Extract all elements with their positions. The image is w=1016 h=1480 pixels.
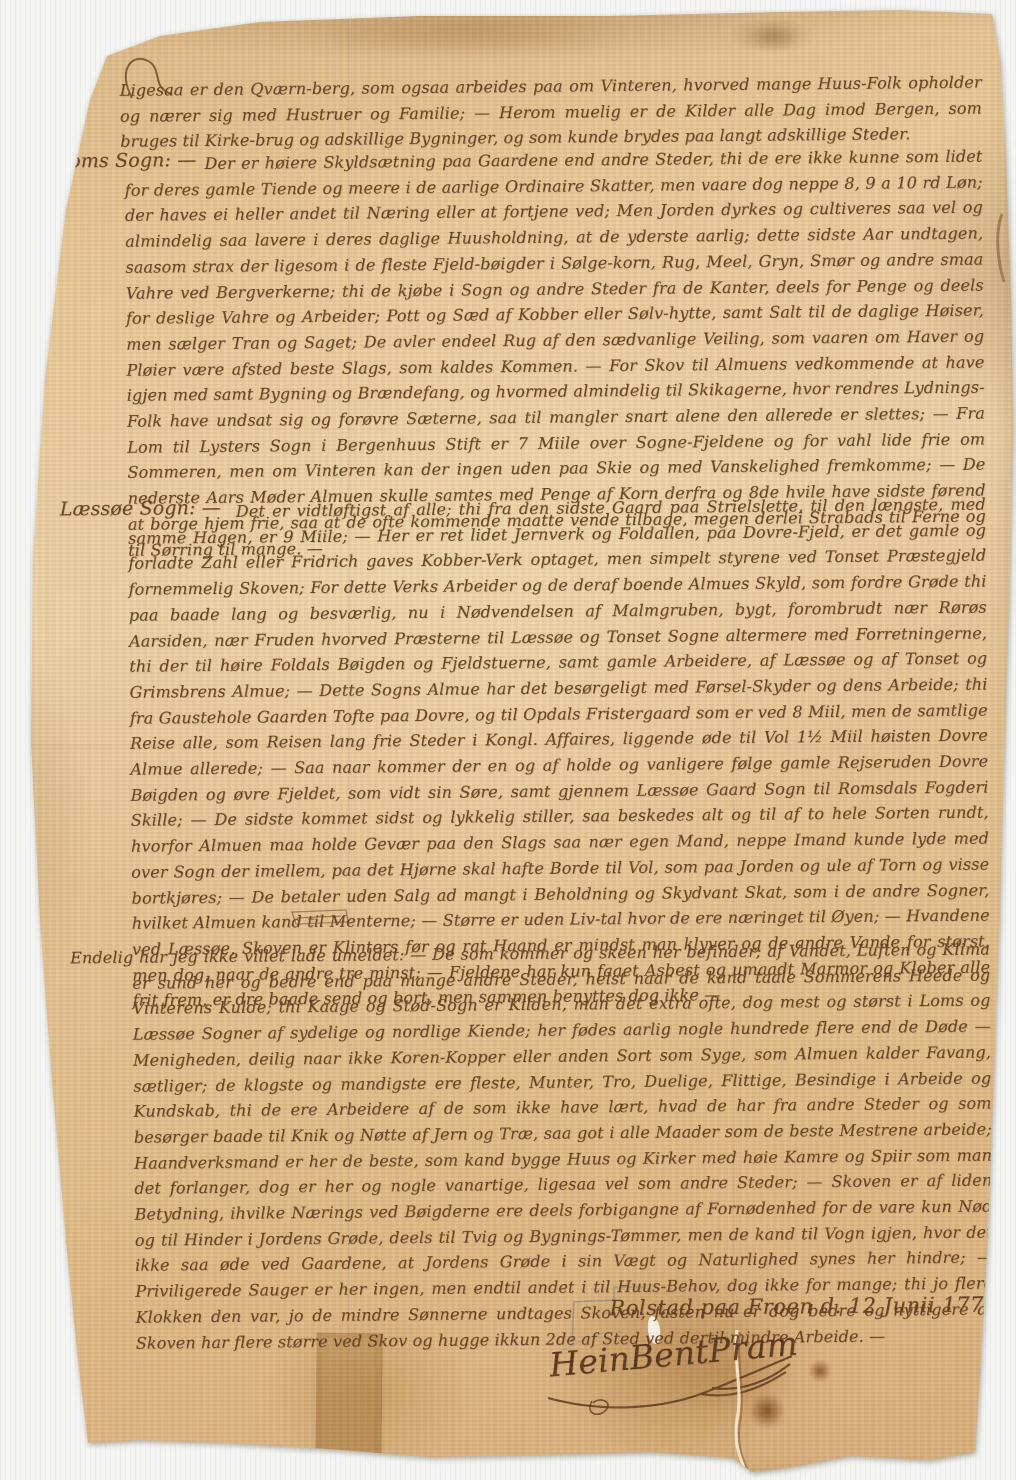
manuscript-page: Ligesaa er den Qværn-berg, som ogsaa arb…	[0, 0, 1016, 1480]
handwriting-layer: Ligesaa er den Qværn-berg, som ogsaa arb…	[0, 0, 1016, 1480]
paper-wrapper: Ligesaa er den Qværn-berg, som ogsaa arb…	[0, 0, 1016, 1480]
dateline: Rolstad paa Froen d. 12 Junii 1773 —	[609, 1292, 1016, 1320]
opening-paragraph: Ligesaa er den Qværn-berg, som ogsaa arb…	[120, 70, 983, 155]
scan-background: Ligesaa er den Qværn-berg, som ogsaa arb…	[0, 0, 1016, 1480]
laessoe-sogn-paragraph: Det er vidtløftigst af alle; thi fra den…	[128, 492, 991, 1014]
